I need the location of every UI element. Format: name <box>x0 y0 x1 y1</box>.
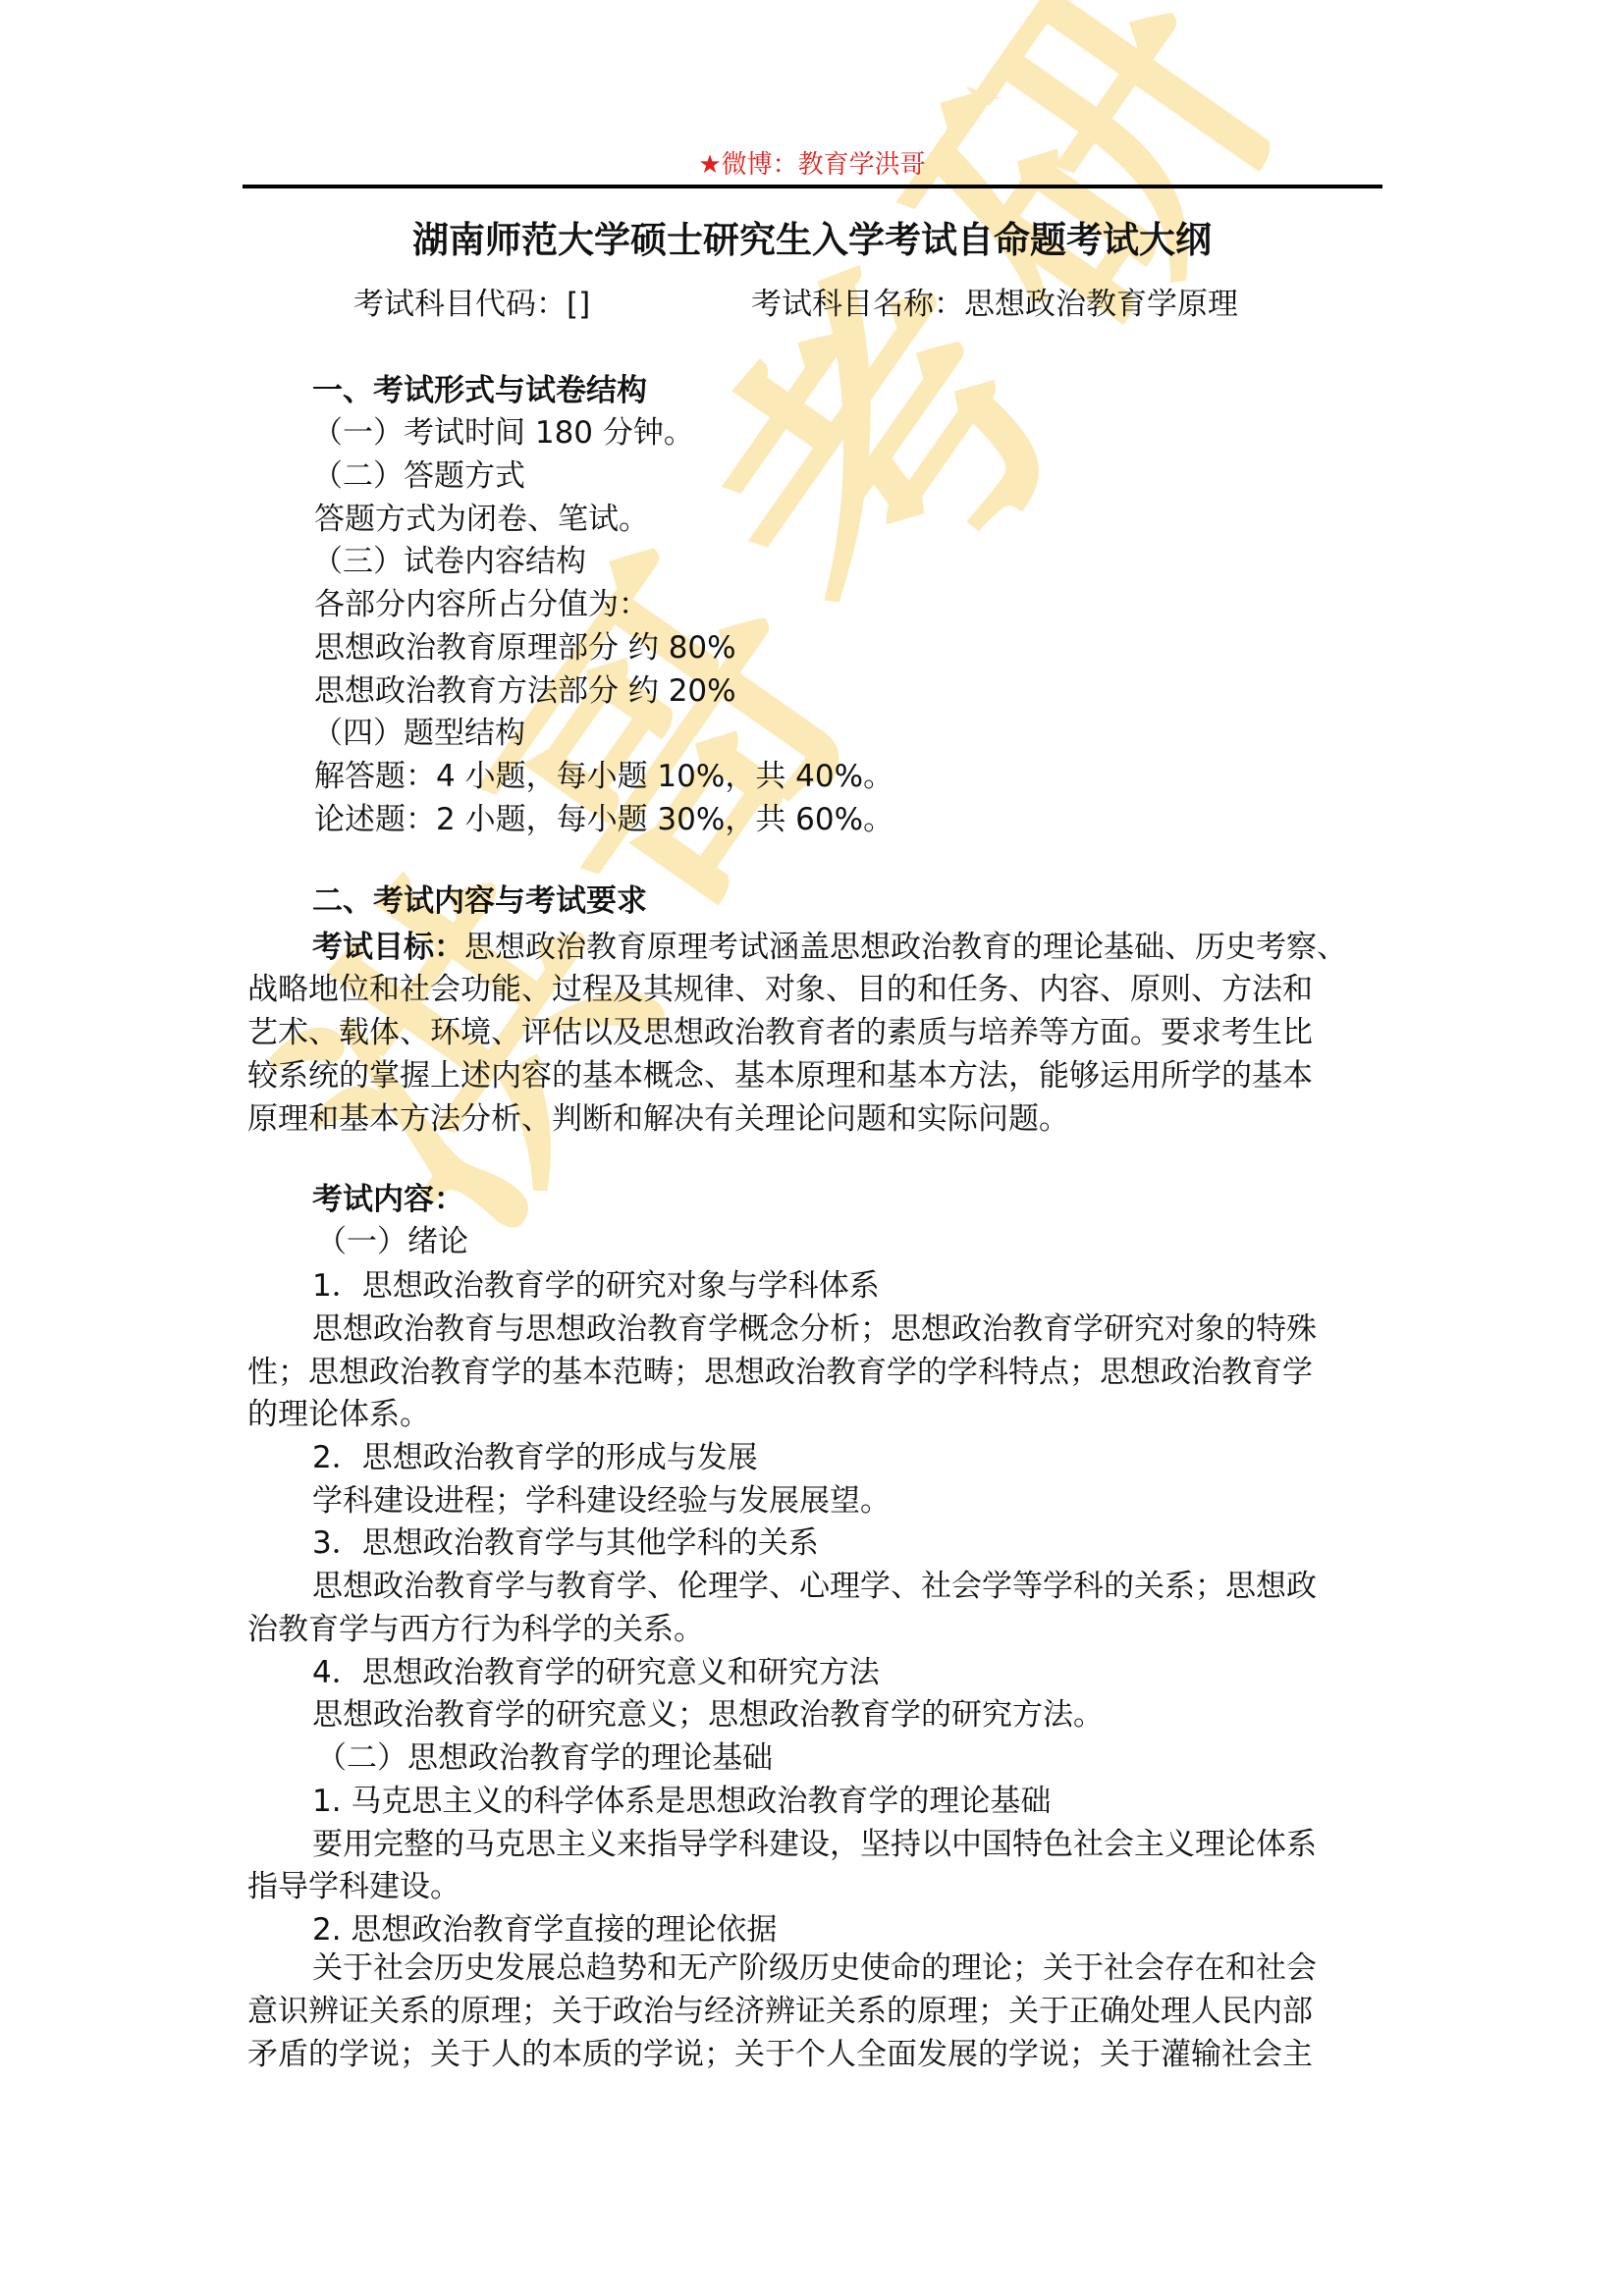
section1-line: 思想政治教育原理部分 约 80% <box>314 628 736 667</box>
exam-goal-text: 思想政治教育原理考试涵盖思想政治教育的理论基础、历史考察、 <box>464 930 1347 965</box>
exam-goal-line: 战略地位和社会功能、过程及其规律、对象、目的和任务、内容、原则、方法和 <box>247 970 1313 1009</box>
content-line: 关于社会历史发展总趋势和无产阶级历史使命的理论；关于社会存在和社会 <box>312 1949 1317 1988</box>
content-line: 意识辨证关系的原理；关于政治与经济辨证关系的原理；关于正确处理人民内部 <box>247 1992 1313 2031</box>
content-line: 学科建设进程；学科建设经验与发展展望。 <box>312 1481 891 1521</box>
content-line: （一）绪论 <box>316 1222 468 1261</box>
exam-goal-line: 较系统的掌握上述内容的基本概念、基本原理和基本方法，能够运用所学的基本 <box>247 1056 1313 1095</box>
content-line: 2. 思想政治教育学直接的理论依据 <box>312 1910 777 1949</box>
subject-code: 考试科目代码：[] <box>353 285 590 324</box>
document-title: 湖南师范大学硕士研究生入学考试自命题考试大纲 <box>0 218 1624 263</box>
content-line: 思想政治教育学与教育学、伦理学、心理学、社会学等学科的关系；思想政 <box>312 1567 1317 1606</box>
section1-line: 思想政治教育方法部分 约 20% <box>314 671 736 711</box>
content-line: 2．思想政治教育学的形成与发展 <box>312 1438 758 1477</box>
content-line: 指导学科建设。 <box>247 1867 460 1906</box>
section1-line: 各部分内容所占分值为： <box>314 585 649 624</box>
content-line: 1. 马克思主义的科学体系是思想政治教育学的理论基础 <box>312 1782 1051 1821</box>
exam-content-label: 考试内容： <box>312 1180 464 1219</box>
exam-goal-line: 艺术、载体、环境、评估以及思想政治教育者的素质与培养等方面。要求考生比 <box>247 1013 1313 1052</box>
section1-line: （四）题型结构 <box>312 714 525 753</box>
star-icon: ★ <box>698 150 721 180</box>
content-line: 治教育学与西方行为科学的关系。 <box>247 1610 704 1649</box>
exam-goal-label: 考试目标： <box>312 930 464 965</box>
section1-line: 答题方式为闭卷、笔试。 <box>314 500 649 539</box>
subject-name: 考试科目名称：思想政治教育学原理 <box>751 285 1238 324</box>
content-line: 3．思想政治教育学与其他学科的关系 <box>312 1523 819 1563</box>
section1-line: （一）考试时间 180 分钟。 <box>312 413 694 453</box>
content-line: 思想政治教育学的研究意义；思想政治教育学的研究方法。 <box>312 1695 1104 1735</box>
section1-heading: 一、考试形式与试卷结构 <box>312 371 647 410</box>
page-header: ★微博：教育学洪哥 <box>0 147 1624 183</box>
header-divider <box>243 185 1382 188</box>
section1-line: （三）试卷内容结构 <box>312 542 586 581</box>
content-line: （二）思想政治教育学的理论基础 <box>316 1738 773 1778</box>
content-line: 要用完整的马克思主义来指导学科建设，坚持以中国特色社会主义理论体系 <box>312 1825 1317 1864</box>
exam-goal-line: 考试目标：思想政治教育原理考试涵盖思想政治教育的理论基础、历史考察、 <box>312 928 1347 967</box>
content-line: 的理论体系。 <box>247 1395 430 1434</box>
section2-heading: 二、考试内容与考试要求 <box>312 881 647 921</box>
content-line: 4．思想政治教育学的研究意义和研究方法 <box>312 1653 880 1692</box>
section1-line: 解答题：4 小题，每小题 10%，共 40%。 <box>314 757 893 796</box>
content-line: 矛盾的学说；关于人的本质的学说；关于个人全面发展的学说；关于灌输社会主 <box>247 2035 1313 2074</box>
content-line: 思想政治教育与思想政治教育学概念分析；思想政治教育学研究对象的特殊 <box>312 1309 1317 1349</box>
content-line: 1．思想政治教育学的研究对象与学科体系 <box>312 1266 880 1306</box>
exam-goal-line: 原理和基本方法分析、判断和解决有关理论问题和实际问题。 <box>247 1099 1069 1139</box>
section1-line: （二）答题方式 <box>312 456 525 496</box>
section1-line: 论述题：2 小题，每小题 30%，共 60%。 <box>314 800 893 839</box>
header-weibo-text: 微博：教育学洪哥 <box>722 150 926 180</box>
content-line: 性；思想政治教育学的基本范畴；思想政治教育学的学科特点；思想政治教育学 <box>247 1353 1313 1392</box>
